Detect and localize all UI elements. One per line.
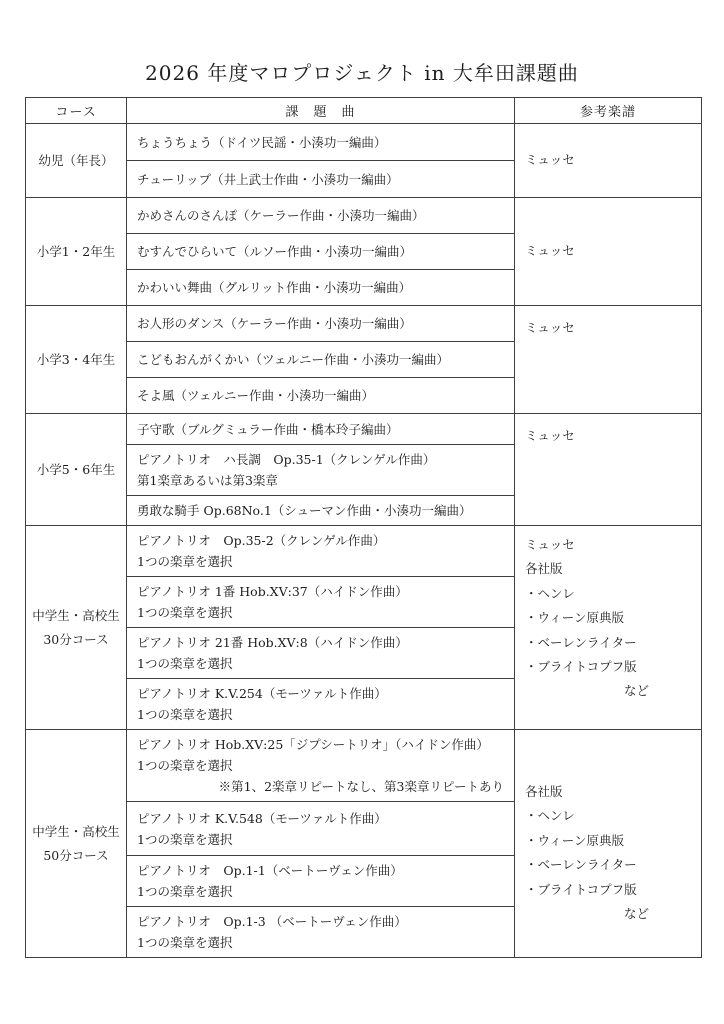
reference-cell: ミュッセ bbox=[515, 306, 702, 414]
course-cell: 小学1・2年生 bbox=[26, 198, 127, 306]
piece-title: ピアノトリオ 1番 Hob.ⅩⅤ:37（ハイドン作曲） bbox=[137, 581, 504, 602]
piece-title: お人形のダンス（ケーラー作曲・小湊功一編曲） bbox=[137, 313, 504, 334]
piece-instruction: 1つの楽章を選択 bbox=[137, 704, 504, 725]
header-reference: 参考楽譜 bbox=[515, 98, 702, 124]
piece-title: ピアノトリオ Hob.ⅩⅤ:25「ジプシートリオ」（ハイドン作曲） bbox=[137, 734, 504, 755]
header-course: コース bbox=[26, 98, 127, 124]
course-label: 中学生・高校生 bbox=[29, 820, 123, 844]
piece-cell: お人形のダンス（ケーラー作曲・小湊功一編曲） bbox=[127, 306, 515, 342]
reference-line: ミュッセ bbox=[525, 533, 691, 557]
piece-instruction: 1つの楽章を選択 bbox=[137, 881, 504, 902]
course-cell: 中学生・高校生 50分コース bbox=[26, 730, 127, 958]
piece-cell: ピアノトリオ ハ長調 Op.35-1（クレンゲル作曲） 第1楽章あるいは第3楽章 bbox=[127, 445, 515, 496]
piece-title: ちょうちょう（ドイツ民謡・小湊功一編曲） bbox=[137, 132, 504, 153]
reference-line: ・ヘンレ bbox=[525, 804, 691, 828]
reference-line: ミュッセ bbox=[525, 239, 691, 263]
reference-line: ・ベーレンライター bbox=[525, 631, 691, 655]
piece-cell: ピアノトリオ Hob.ⅩⅤ:25「ジプシートリオ」（ハイドン作曲） 1つの楽章を… bbox=[127, 730, 515, 802]
reference-line: ・ベーレンライター bbox=[525, 853, 691, 877]
table-row: 小学3・4年生 お人形のダンス（ケーラー作曲・小湊功一編曲） ミュッセ bbox=[26, 306, 702, 342]
piece-instruction: 1つの楽章を選択 bbox=[137, 602, 504, 623]
piece-title: ピアノトリオ Op.35-2（クレンゲル作曲） bbox=[137, 530, 504, 551]
piece-title: ピアノトリオ Op.1-1（ベートーヴェン作曲） bbox=[137, 860, 504, 881]
piece-cell: チューリップ（井上武士作曲・小湊功一編曲） bbox=[127, 161, 515, 198]
course-cell: 中学生・高校生 30分コース bbox=[26, 526, 127, 730]
assignment-table: コース 課 題 曲 参考楽譜 幼児（年長） ちょうちょう（ドイツ民謡・小湊功一編… bbox=[25, 97, 702, 958]
course-cell: 小学5・6年生 bbox=[26, 414, 127, 526]
course-sublabel: 50分コース bbox=[29, 844, 123, 868]
piece-instruction: 1つの楽章を選択 bbox=[137, 551, 504, 572]
table-header-row: コース 課 題 曲 参考楽譜 bbox=[26, 98, 702, 124]
reference-line: ・ウィーン原典版 bbox=[525, 829, 691, 853]
reference-cell: ミュッセ bbox=[515, 124, 702, 198]
piece-cell: むすんでひらいて（ルソー作曲・小湊功一編曲） bbox=[127, 234, 515, 270]
table-row: 幼児（年長） ちょうちょう（ドイツ民謡・小湊功一編曲） ミュッセ bbox=[26, 124, 702, 161]
reference-line: ・ウィーン原典版 bbox=[525, 606, 691, 630]
table-row: 小学1・2年生 かめさんのさんぽ（ケーラー作曲・小湊功一編曲） ミュッセ bbox=[26, 198, 702, 234]
piece-cell: そよ風（ツェルニー作曲・小湊功一編曲） bbox=[127, 378, 515, 414]
piece-title: ピアノトリオ ハ長調 Op.35-1（クレンゲル作曲） bbox=[137, 449, 504, 470]
piece-title: ピアノトリオ K.V.548（モーツァルト作曲） bbox=[137, 808, 504, 829]
piece-cell: ピアノトリオ Op.35-2（クレンゲル作曲） 1つの楽章を選択 bbox=[127, 526, 515, 577]
course-sublabel: 30分コース bbox=[29, 628, 123, 652]
piece-cell: ピアノトリオ Op.1-3 （ベートーヴェン作曲） 1つの楽章を選択 bbox=[127, 907, 515, 958]
course-cell: 幼児（年長） bbox=[26, 124, 127, 198]
piece-cell: ピアノトリオ Op.1-1（ベートーヴェン作曲） 1つの楽章を選択 bbox=[127, 856, 515, 907]
piece-cell: 子守歌（ブルグミュラー作曲・橋本玲子編曲） bbox=[127, 414, 515, 445]
piece-cell: ちょうちょう（ドイツ民謡・小湊功一編曲） bbox=[127, 124, 515, 161]
piece-instruction: 1つの楽章を選択 bbox=[137, 653, 504, 674]
course-label: 小学3・4年生 bbox=[29, 348, 123, 372]
piece-title: 子守歌（ブルグミュラー作曲・橋本玲子編曲） bbox=[137, 419, 504, 440]
course-label: 小学1・2年生 bbox=[29, 240, 123, 264]
piece-title: かわいい舞曲（グルリット作曲・小湊功一編曲） bbox=[137, 277, 504, 298]
reference-cell: ミュッセ bbox=[515, 198, 702, 306]
piece-cell: かわいい舞曲（グルリット作曲・小湊功一編曲） bbox=[127, 270, 515, 306]
piece-title: そよ風（ツェルニー作曲・小湊功一編曲） bbox=[137, 385, 504, 406]
piece-title: こどもおんがくかい（ツェルニー作曲・小湊功一編曲） bbox=[137, 349, 504, 370]
page-title: 2026 年度マロプロジェクト in 大牟田課題曲 bbox=[0, 57, 724, 86]
document-page: 2026 年度マロプロジェクト in 大牟田課題曲 コース 課 題 曲 参考楽譜… bbox=[0, 0, 724, 1024]
piece-title: 勇敢な騎手 Op.68No.1（シューマン作曲・小湊功一編曲） bbox=[137, 500, 504, 521]
piece-instruction: 1つの楽章を選択 bbox=[137, 932, 504, 953]
course-cell: 小学3・4年生 bbox=[26, 306, 127, 414]
piece-cell: ピアノトリオ 1番 Hob.ⅩⅤ:37（ハイドン作曲） 1つの楽章を選択 bbox=[127, 577, 515, 628]
piece-instruction: 1つの楽章を選択 bbox=[137, 829, 504, 850]
piece-cell: かめさんのさんぽ（ケーラー作曲・小湊功一編曲） bbox=[127, 198, 515, 234]
table-row: 中学生・高校生 30分コース ピアノトリオ Op.35-2（クレンゲル作曲） 1… bbox=[26, 526, 702, 577]
header-pieces: 課 題 曲 bbox=[127, 98, 515, 124]
reference-line: など bbox=[525, 902, 691, 926]
table-row: 小学5・6年生 子守歌（ブルグミュラー作曲・橋本玲子編曲） ミュッセ bbox=[26, 414, 702, 445]
reference-line: ミュッセ bbox=[525, 424, 691, 448]
reference-line: 各社版 bbox=[525, 557, 691, 581]
piece-cell: ピアノトリオ 21番 Hob.ⅩⅤ:8（ハイドン作曲） 1つの楽章を選択 bbox=[127, 628, 515, 679]
reference-line: ミュッセ bbox=[525, 148, 691, 172]
piece-title: ピアノトリオ K.V.254（モーツァルト作曲） bbox=[137, 683, 504, 704]
piece-cell: こどもおんがくかい（ツェルニー作曲・小湊功一編曲） bbox=[127, 342, 515, 378]
piece-title: かめさんのさんぽ（ケーラー作曲・小湊功一編曲） bbox=[137, 205, 504, 226]
reference-line: ・ブライトコプフ版 bbox=[525, 878, 691, 902]
piece-instruction: 1つの楽章を選択 bbox=[137, 755, 504, 776]
reference-line: 各社版 bbox=[525, 780, 691, 804]
piece-title: ピアノトリオ Op.1-3 （ベートーヴェン作曲） bbox=[137, 911, 504, 932]
piece-cell: ピアノトリオ K.V.254（モーツァルト作曲） 1つの楽章を選択 bbox=[127, 679, 515, 730]
piece-cell: 勇敢な騎手 Op.68No.1（シューマン作曲・小湊功一編曲） bbox=[127, 496, 515, 526]
piece-title: ピアノトリオ 21番 Hob.ⅩⅤ:8（ハイドン作曲） bbox=[137, 632, 504, 653]
piece-subtitle: 第1楽章あるいは第3楽章 bbox=[137, 470, 504, 491]
reference-cell: ミュッセ 各社版 ・ヘンレ ・ウィーン原典版 ・ベーレンライター ・ブライトコプ… bbox=[515, 526, 702, 730]
table-row: 中学生・高校生 50分コース ピアノトリオ Hob.ⅩⅤ:25「ジプシートリオ」… bbox=[26, 730, 702, 802]
reference-cell: ミュッセ bbox=[515, 414, 702, 526]
reference-line: など bbox=[525, 679, 691, 703]
piece-title: むすんでひらいて（ルソー作曲・小湊功一編曲） bbox=[137, 241, 504, 262]
piece-title: チューリップ（井上武士作曲・小湊功一編曲） bbox=[137, 169, 504, 190]
piece-cell: ピアノトリオ K.V.548（モーツァルト作曲） 1つの楽章を選択 bbox=[127, 802, 515, 856]
reference-cell: 各社版 ・ヘンレ ・ウィーン原典版 ・ベーレンライター ・ブライトコプフ版 など bbox=[515, 730, 702, 958]
piece-note: ※第1、2楽章リピートなし、第3楽章リピートあり bbox=[137, 776, 504, 797]
course-label: 小学5・6年生 bbox=[29, 458, 123, 482]
course-label: 幼児（年長） bbox=[29, 149, 123, 173]
course-label: 中学生・高校生 bbox=[29, 604, 123, 628]
reference-line: ミュッセ bbox=[525, 316, 691, 340]
reference-line: ・ブライトコプフ版 bbox=[525, 655, 691, 679]
reference-line: ・ヘンレ bbox=[525, 582, 691, 606]
